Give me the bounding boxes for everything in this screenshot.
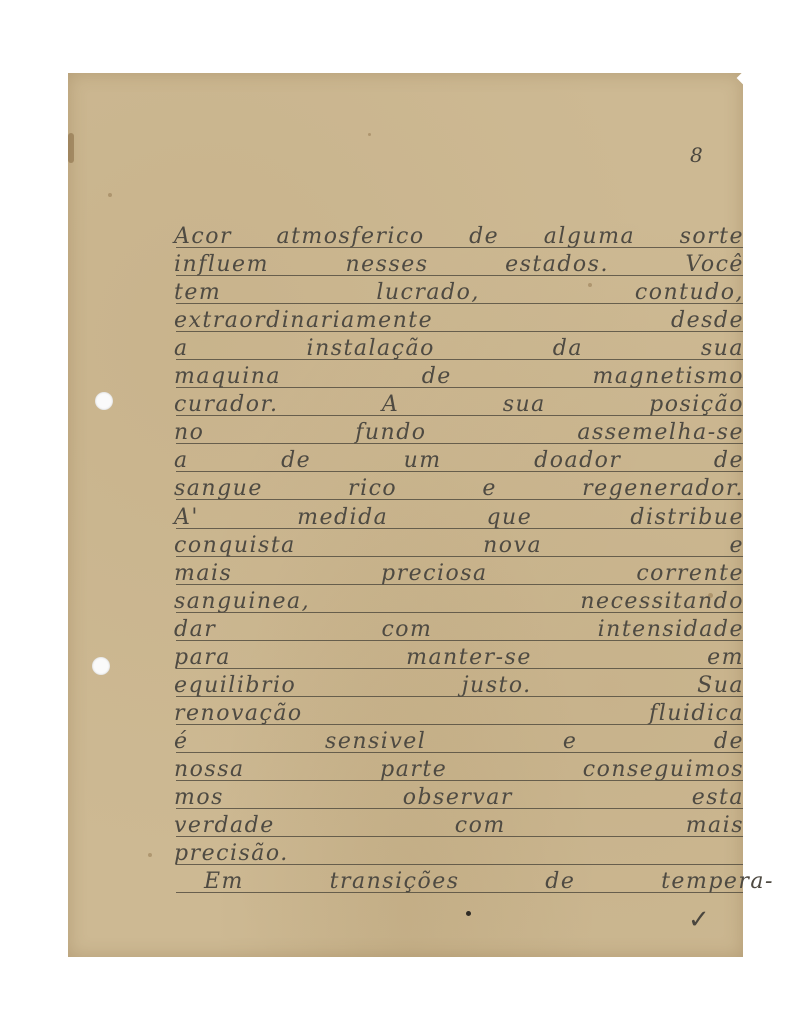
page-number: 8 <box>690 143 703 167</box>
word: precisão. <box>174 841 289 866</box>
word: lucrado, <box>376 280 479 305</box>
text-line: ainstalaçãodasua <box>174 333 744 361</box>
word: de <box>545 869 575 894</box>
word: intensidade <box>598 617 744 642</box>
word: transições <box>330 869 460 894</box>
text-line: paramanter-seem <box>174 642 744 670</box>
punch-hole-bottom <box>92 657 110 675</box>
word: curador. <box>174 392 279 417</box>
word: mais <box>686 813 744 838</box>
checkmark-icon: ✓ <box>688 905 710 935</box>
text-line: nofundoassemelha-se <box>174 417 744 445</box>
word: necessitando <box>580 589 744 614</box>
word: tempera- <box>661 869 774 894</box>
word: é <box>174 729 189 754</box>
text-line: renovaçãofluidica <box>174 698 744 726</box>
text-line: extraordinariamentedesde <box>174 305 744 333</box>
word: sua <box>701 336 744 361</box>
word: Você <box>686 252 744 277</box>
text-line: Emtransiçõesdetempera- <box>174 866 774 894</box>
word: sensivel <box>325 729 426 754</box>
word: parte <box>380 757 447 782</box>
word: com <box>455 813 506 838</box>
text-line: Acoratmosfericodealgumasorte <box>174 221 744 249</box>
text-line: maquinademagnetismo <box>174 361 744 389</box>
text-line: maispreciosacorrente <box>174 558 744 586</box>
word: influem <box>174 252 269 277</box>
word: posição <box>649 392 744 417</box>
text-line: nossaparteconseguimos <box>174 754 744 782</box>
word: mais <box>174 561 232 586</box>
word: sanguinea, <box>174 589 310 614</box>
word: nova <box>483 533 542 558</box>
word: estados. <box>505 252 609 277</box>
word: magnetismo <box>592 364 744 389</box>
word: de <box>714 448 744 473</box>
text-line: verdadecommais <box>174 810 744 838</box>
word: de <box>422 364 452 389</box>
word: dar <box>174 617 216 642</box>
word: de <box>714 729 744 754</box>
word: desde <box>671 308 744 333</box>
word: sangue <box>174 476 263 501</box>
word: da <box>553 336 583 361</box>
word: conseguimos <box>583 757 744 782</box>
ink-dot <box>466 911 471 916</box>
text-line: conquistanovae <box>174 530 744 558</box>
text-line: temlucrado,contudo, <box>174 277 744 305</box>
word: para <box>174 645 231 670</box>
text-line: sanguinea,necessitando <box>174 586 744 614</box>
word: medida <box>297 505 388 530</box>
stain <box>148 853 152 857</box>
word: a <box>174 336 189 361</box>
word: e <box>482 476 497 501</box>
word: Em <box>204 869 244 894</box>
word: contudo, <box>635 280 744 305</box>
word: alguma <box>544 224 635 249</box>
word: regenerador. <box>582 476 744 501</box>
word: tem <box>174 280 221 305</box>
word: instalação <box>307 336 435 361</box>
word: A' <box>174 505 199 530</box>
text-line: curador.Asuaposição <box>174 389 744 417</box>
word: fluidica <box>649 701 744 726</box>
word: a <box>174 448 189 473</box>
word: Acor <box>174 224 232 249</box>
word: extraordinariamente <box>174 308 433 333</box>
word: assemelha-se <box>577 420 744 445</box>
punch-hole-top <box>95 392 113 410</box>
word: esta <box>692 785 744 810</box>
word: doador <box>534 448 621 473</box>
word: renovação <box>174 701 303 726</box>
word: e <box>563 729 578 754</box>
word: observar <box>403 785 513 810</box>
word: que <box>486 505 532 530</box>
text-line: A'medidaquedistribue <box>174 502 744 530</box>
word: atmosferico <box>276 224 424 249</box>
word: nesses <box>345 252 428 277</box>
text-line: equilibriojusto.Sua <box>174 670 744 698</box>
word: com <box>381 617 432 642</box>
word: de <box>281 448 311 473</box>
word: sua <box>503 392 546 417</box>
text-line: adeumdoadorde <box>174 445 744 473</box>
manuscript-page: 8 Acoratmosfericodealgumasorteinfluemnes… <box>68 73 743 957</box>
text-line: precisão. <box>174 838 744 866</box>
word: rico <box>348 476 397 501</box>
word: fundo <box>355 420 426 445</box>
word: maquina <box>174 364 281 389</box>
edge-stain <box>68 133 74 163</box>
text-line: ésensivelede <box>174 726 744 754</box>
word: verdade <box>174 813 275 838</box>
text-line: influemnessesestados.Você <box>174 249 744 277</box>
word: conquista <box>174 533 296 558</box>
word: preciosa <box>381 561 488 586</box>
word: nossa <box>174 757 245 782</box>
text-line: mosobservaresta <box>174 782 744 810</box>
word: sorte <box>680 224 744 249</box>
word: equilibrio <box>174 673 296 698</box>
word: e <box>729 533 744 558</box>
word: um <box>404 448 442 473</box>
word: corrente <box>636 561 744 586</box>
word: A <box>382 392 399 417</box>
stain <box>108 193 112 197</box>
word: em <box>707 645 744 670</box>
word: mos <box>174 785 224 810</box>
word: no <box>174 420 204 445</box>
word: justo. <box>462 673 532 698</box>
text-line: darcomintensidade <box>174 614 744 642</box>
text-line: sanguericoeregenerador. <box>174 473 744 501</box>
word: Sua <box>697 673 744 698</box>
word: de <box>469 224 499 249</box>
word: distribue <box>630 505 744 530</box>
stain <box>368 133 371 136</box>
word: manter-se <box>406 645 532 670</box>
